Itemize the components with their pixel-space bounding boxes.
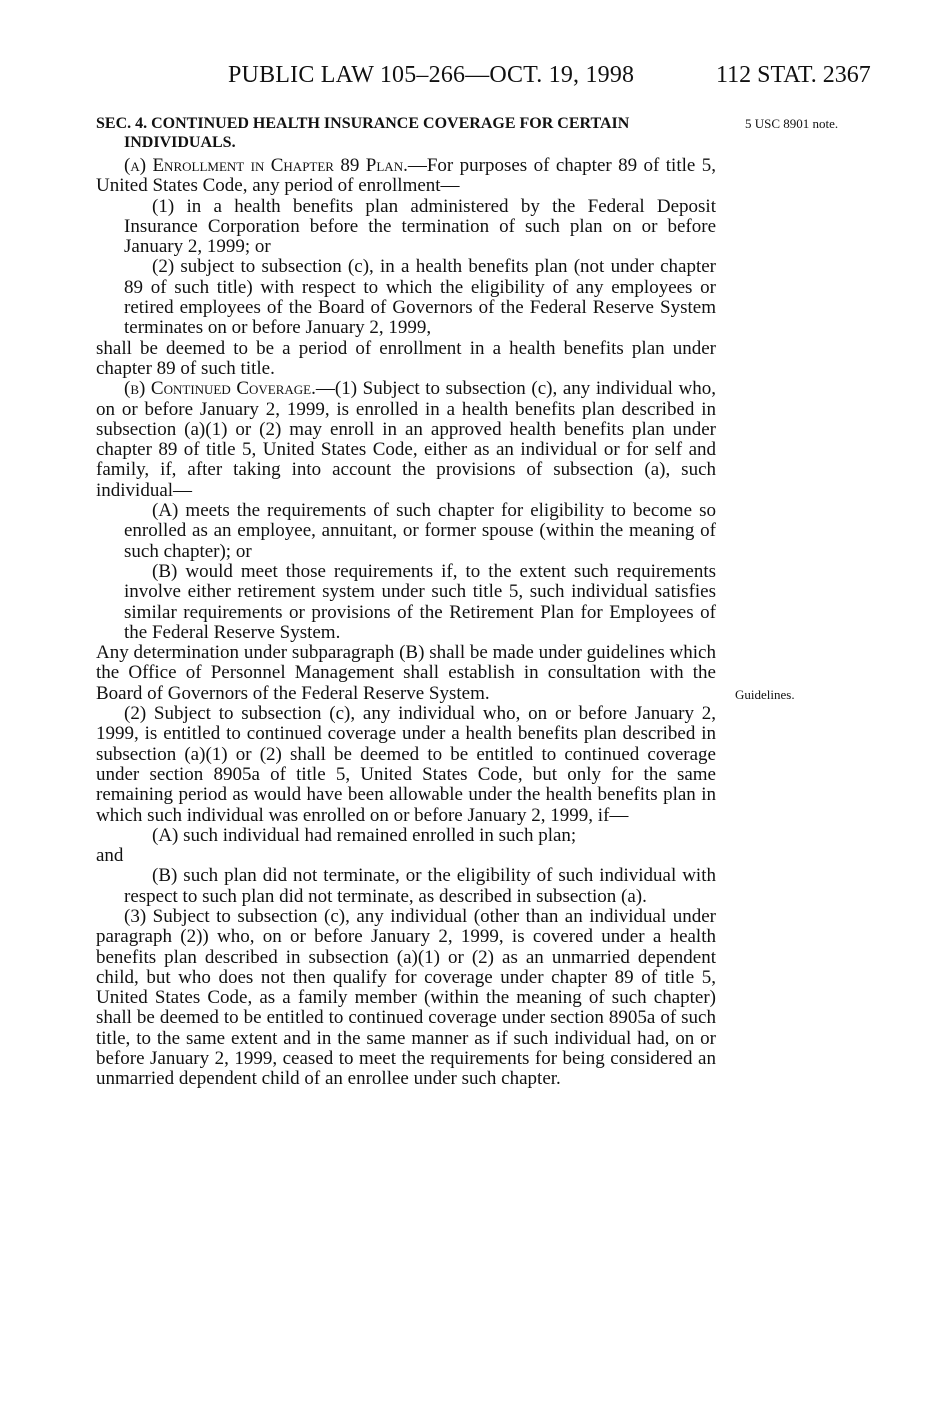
paragraph-a-close: shall be deemed to be a period of enroll… xyxy=(96,339,716,380)
paragraph-b2B: (B) such plan did not terminate, or the … xyxy=(96,866,716,907)
paragraph-b1-close: Any determination under subparagraph (B)… xyxy=(96,643,716,704)
section-heading: SEC. 4. CONTINUED HEALTH INSURANCE COVER… xyxy=(96,114,736,152)
paragraph-b3: (3) Subject to subsection (c), any indiv… xyxy=(96,907,716,1090)
paragraph-b2A-and: and xyxy=(96,846,716,866)
paragraph-a2: (2) subject to subsection (c), in a heal… xyxy=(96,257,716,338)
paragraph-a-heading: (a) Enrollment in Chapter 89 Plan. xyxy=(124,155,408,176)
paragraph-b1A: (A) meets the requirements of such chapt… xyxy=(96,501,716,562)
paragraph-b1: (b) Continued Coverage.—(1) Subject to s… xyxy=(96,379,716,501)
paragraph-a: (a) Enrollment in Chapter 89 Plan.—For p… xyxy=(96,156,716,197)
paragraph-b2: (2) Subject to subsection (c), any indiv… xyxy=(96,704,716,826)
page-header-stat: 112 STAT. 2367 xyxy=(716,62,871,89)
section-title-line2: INDIVIDUALS. xyxy=(96,133,736,152)
paragraph-b1B: (B) would meet those requirements if, to… xyxy=(96,562,716,643)
section-title-line1: CONTINUED HEALTH INSURANCE COVERAGE FOR … xyxy=(151,115,629,132)
margin-note-usc: 5 USC 8901 note. xyxy=(745,116,838,132)
document-body: (a) Enrollment in Chapter 89 Plan.—For p… xyxy=(96,156,716,1090)
page-header-title: PUBLIC LAW 105–266—OCT. 19, 1998 xyxy=(228,62,634,89)
paragraph-a1: (1) in a health benefits plan administer… xyxy=(96,197,716,258)
paragraph-b2A: (A) such individual had remained enrolle… xyxy=(96,826,716,846)
paragraph-b-heading: (b) Continued Coverage. xyxy=(124,378,316,399)
margin-note-guidelines: Guidelines. xyxy=(735,687,795,703)
section-label: SEC. 4. xyxy=(96,115,147,132)
